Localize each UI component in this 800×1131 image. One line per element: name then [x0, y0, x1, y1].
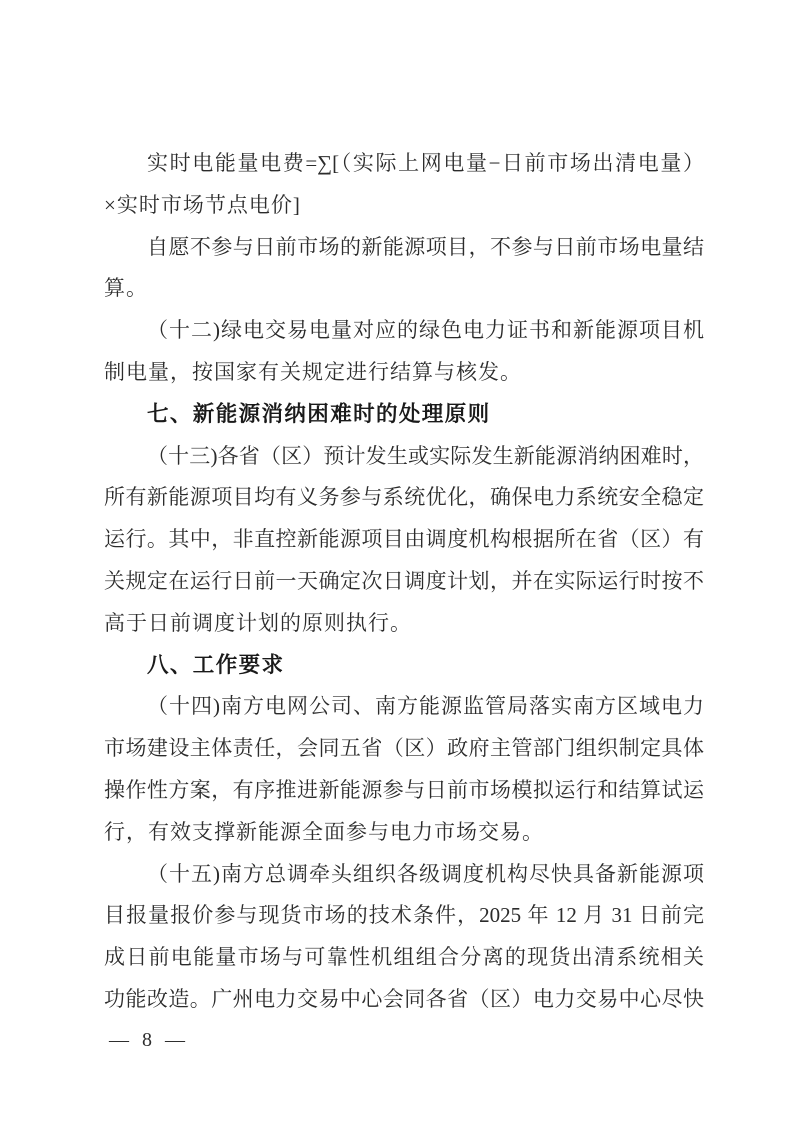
text-line: ×实时市场节点电价] — [104, 185, 704, 227]
text-line: 自愿不参与日前市场的新能源项目，不参与日前市场电量结 — [104, 227, 704, 269]
text-line: （十三)各省（区）预计发生或实际发生新能源消纳困难时， — [104, 436, 704, 478]
text-line: 功能改造。广州电力交易中心会同各省（区）电力交易中心尽快 — [104, 979, 704, 1021]
text-line: 市场建设主体责任，会同五省（区）政府主管部门组织制定具体 — [104, 728, 704, 770]
text-line: 制电量，按国家有关规定进行结算与核发。 — [104, 352, 704, 394]
text-line: 高于日前调度计划的原则执行。 — [104, 603, 704, 645]
heading-line: 七、新能源消纳困难时的处理原则 — [104, 394, 704, 436]
text-line: 算。 — [104, 268, 704, 310]
document-page: 实时电能量电费=∑[（实际上网电量−日前市场出清电量）×实时市场节点电价]自愿不… — [0, 0, 800, 1131]
text-line: 关规定在运行日前一天确定次日调度计划，并在实际运行时按不 — [104, 561, 704, 603]
text-line: 成日前电能量市场与可靠性机组组合分离的现货出清系统相关 — [104, 937, 704, 979]
text-line: （十二)绿电交易电量对应的绿色电力证书和新能源项目机 — [104, 310, 704, 352]
text-line: 实时电能量电费=∑[（实际上网电量−日前市场出清电量） — [104, 143, 704, 185]
text-line: 所有新能源项目均有义务参与系统优化，确保电力系统安全稳定 — [104, 477, 704, 519]
heading-line: 八、工作要求 — [104, 645, 704, 687]
text-line: 目报量报价参与现货市场的技术条件，2025 年 12 月 31 日前完 — [104, 895, 704, 937]
text-line: （十四)南方电网公司、南方能源监管局落实南方区域电力 — [104, 686, 704, 728]
document-body: 实时电能量电费=∑[（实际上网电量−日前市场出清电量）×实时市场节点电价]自愿不… — [104, 143, 704, 1021]
text-line: 行，有效支撑新能源全面参与电力市场交易。 — [104, 812, 704, 854]
text-line: 运行。其中，非直控新能源项目由调度机构根据所在省（区）有 — [104, 519, 704, 561]
text-line: 操作性方案，有序推进新能源参与日前市场模拟运行和结算试运 — [104, 770, 704, 812]
text-line: （十五)南方总调牵头组织各级调度机构尽快具备新能源项 — [104, 854, 704, 896]
page-number: — 8 — — [109, 1029, 189, 1052]
